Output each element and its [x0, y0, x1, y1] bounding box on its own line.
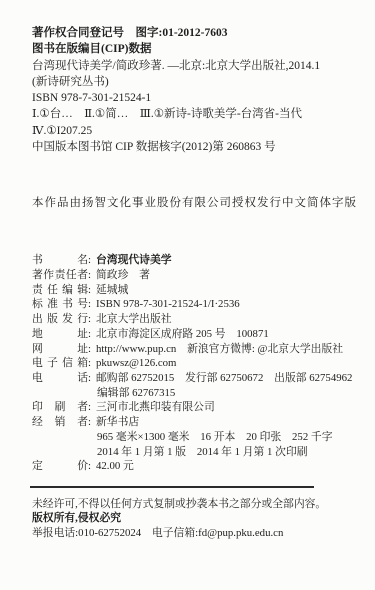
colophon-row-phone: 电话:邮购部 62752015 发行部 62750672 出版部 6275496…	[32, 371, 355, 386]
colophon-colon: :	[88, 283, 91, 298]
standard-book-number-value: ISBN 978-7-301-21524-1/I·2536	[96, 298, 240, 310]
license-statement: 本作品由扬智文化事业股份有限公司授权发行中文简体字版	[32, 195, 355, 211]
colophon-colon: :	[88, 400, 91, 415]
email-value: pkuwsz@126.com	[96, 357, 176, 369]
colophon-label: 经销者	[32, 415, 88, 430]
colophon-label: 网址	[32, 342, 88, 357]
copyright-registration-number: 著作权合同登记号 图字:01-2012-7603	[32, 25, 355, 41]
phone-value: 邮购部 62752015 发行部 62750672 出版部 62754962	[96, 372, 352, 384]
colophon-row-printer: 印刷者:三河市北燕印装有限公司	[32, 400, 355, 415]
copyright-page: 著作权合同登记号 图字:01-2012-7603 图书在版编目(CIP)数据 台…	[0, 0, 375, 590]
classification-line-2: Ⅳ.①I207.25	[32, 123, 355, 139]
series-title: (新诗研究丛书)	[32, 74, 355, 90]
colophon-label: 电话	[32, 371, 88, 386]
cip-verification-number: 中国版本图书馆 CIP 数据核字(2012)第 260863 号	[32, 139, 355, 155]
editor-value: 延城城	[96, 284, 128, 296]
colophon-row-publisher: 出版发行:北京大学出版社	[32, 312, 355, 327]
divider-rule	[30, 486, 314, 488]
book-title-value: 台湾现代诗美学	[96, 254, 172, 266]
colophon-colon: :	[88, 342, 91, 357]
no-copy-statement: 未经许可,不得以任何方式复制或抄袭本书之部分或全部内容。	[32, 497, 355, 512]
cip-block: 著作权合同登记号 图字:01-2012-7603 图书在版编目(CIP)数据 台…	[32, 25, 355, 155]
colophon-colon: :	[88, 415, 91, 430]
phone-continuation: 编辑部 62767315	[32, 386, 355, 401]
address-value: 北京市海淀区成府路 205 号 100871	[96, 328, 269, 340]
price-value: 42.00 元	[96, 460, 134, 472]
colophon-label: 责任编辑	[32, 283, 88, 298]
colophon-colon: :	[88, 312, 91, 327]
publication-line: 台湾现代诗美学/简政珍著. —北京:北京大学出版社,2014.1	[32, 58, 355, 74]
printer-value: 三河市北燕印装有限公司	[96, 401, 215, 413]
colophon-label: 定价	[32, 459, 88, 474]
report-contact-line: 举报电话:010-62752024 电子信箱:fd@pup.pku.edu.cn	[32, 526, 355, 541]
colophon-label: 地址	[32, 327, 88, 342]
colophon-colon: :	[88, 371, 91, 386]
format-spec-line: 965 毫米×1300 毫米 16 开本 20 印张 252 千字	[32, 430, 355, 445]
colophon-colon: :	[88, 297, 91, 312]
colophon-colon: :	[88, 327, 91, 342]
colophon-row-email: 电子信箱:pkuwsz@126.com	[32, 356, 355, 371]
all-rights-reserved-statement: 版权所有,侵权必究	[32, 511, 355, 526]
colophon-row-address: 地址:北京市海淀区成府路 205 号 100871	[32, 327, 355, 342]
website-value: http://www.pup.cn 新浪官方微博: @北京大学出版社	[96, 343, 343, 355]
colophon-row-author: 著作责任者:简政珍 著	[32, 268, 355, 283]
colophon-row-price: 定价:42.00 元	[32, 459, 355, 474]
colophon-row-isbn: 标准书号:ISBN 978-7-301-21524-1/I·2536	[32, 297, 355, 312]
isbn-line: ISBN 978-7-301-21524-1	[32, 90, 355, 106]
author-value: 简政珍 著	[96, 269, 150, 281]
colophon-row-title: 书名:台湾现代诗美学	[32, 253, 355, 268]
colophon-label: 书名	[32, 253, 88, 268]
cip-data-heading: 图书在版编目(CIP)数据	[32, 41, 355, 57]
colophon-row-website: 网址:http://www.pup.cn 新浪官方微博: @北京大学出版社	[32, 342, 355, 357]
publisher-value: 北京大学出版社	[96, 313, 172, 325]
colophon-label: 著作责任者	[32, 268, 88, 283]
colophon-label: 出版发行	[32, 312, 88, 327]
colophon-colon: :	[88, 253, 91, 268]
colophon-label: 电子信箱	[32, 356, 88, 371]
colophon-colon: :	[88, 459, 91, 474]
copyright-notice-block: 未经许可,不得以任何方式复制或抄袭本书之部分或全部内容。 版权所有,侵权必究 举…	[32, 497, 355, 541]
colophon-table: 书名:台湾现代诗美学 著作责任者:简政珍 著 责任编辑:延城城 标准书号:ISB…	[32, 253, 355, 474]
colophon-row-editor: 责任编辑:延城城	[32, 283, 355, 298]
colophon-row-distributor: 经销者:新华书店	[32, 415, 355, 430]
colophon-label: 标准书号	[32, 297, 88, 312]
colophon-colon: :	[88, 268, 91, 283]
edition-printing-line: 2014 年 1 月第 1 版 2014 年 1 月第 1 次印刷	[32, 445, 355, 460]
colophon-colon: :	[88, 356, 91, 371]
classification-line-1: Ⅰ.①台… Ⅱ.①简… Ⅲ.①新诗-诗歌美学-台湾省-当代	[32, 106, 355, 122]
distributor-value: 新华书店	[96, 416, 139, 428]
colophon-label: 印刷者	[32, 400, 88, 415]
